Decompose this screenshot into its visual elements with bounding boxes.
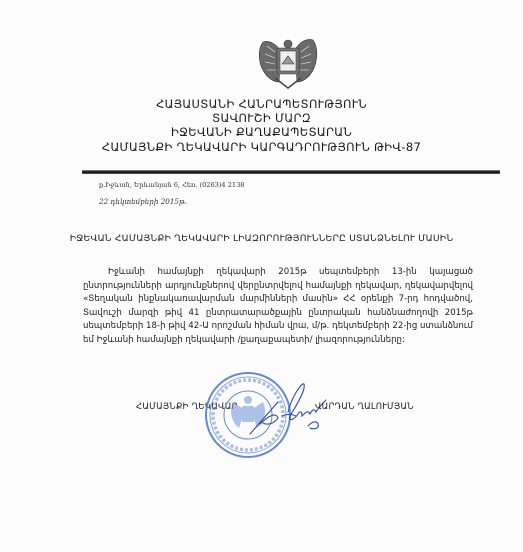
body-text: Իջևանի համայնքի ղեկավարի 2015թ սեպտեմբեր… — [83, 267, 473, 345]
signatory-name: ՎԱՐԴԱՆ ՂԱԼՈՒՄՅԱՆ — [315, 402, 414, 412]
header-document-title: ՀԱՄԱՅՆՔԻ ՂԵԿԱՎԱՐԻ ԿԱՐԳԱԴՐՈՒԹՅՈՒՆ ԹԻՎ-87 — [0, 140, 523, 154]
address-line: ք.Իջևան, Երևանյան 6, Հեռ. (0263)4 2138 — [99, 181, 245, 189]
coat-of-arms-icon — [255, 32, 321, 94]
header-country: ՀԱՅԱՍՏԱՆԻ ՀԱՆՐԱՊԵՏՈՒԹՅՈՒՆ — [0, 97, 523, 111]
header-divider — [82, 170, 500, 174]
header-municipality: ԻՋԵՎԱՆԻ ՔԱՂԱՔԱՊԵՏԱՐԱՆ — [0, 125, 523, 139]
subject-heading: ԻՋԵՎԱՆ ՀԱՄԱՅՆՔԻ ՂԵԿԱՎԱՐԻ ԼԻԱԶՈՐՈՒԹՅՈՒՆՆԵ… — [0, 233, 523, 244]
body-paragraph: Իջևանի համայնքի ղեկավարի 2015թ սեպտեմբեր… — [83, 266, 473, 348]
document-date: 22 դեկտեմբերի 2015թ. — [99, 197, 187, 206]
header-region: ՏԱՎՈՒՇԻ ՄԱՐԶ — [0, 111, 523, 125]
